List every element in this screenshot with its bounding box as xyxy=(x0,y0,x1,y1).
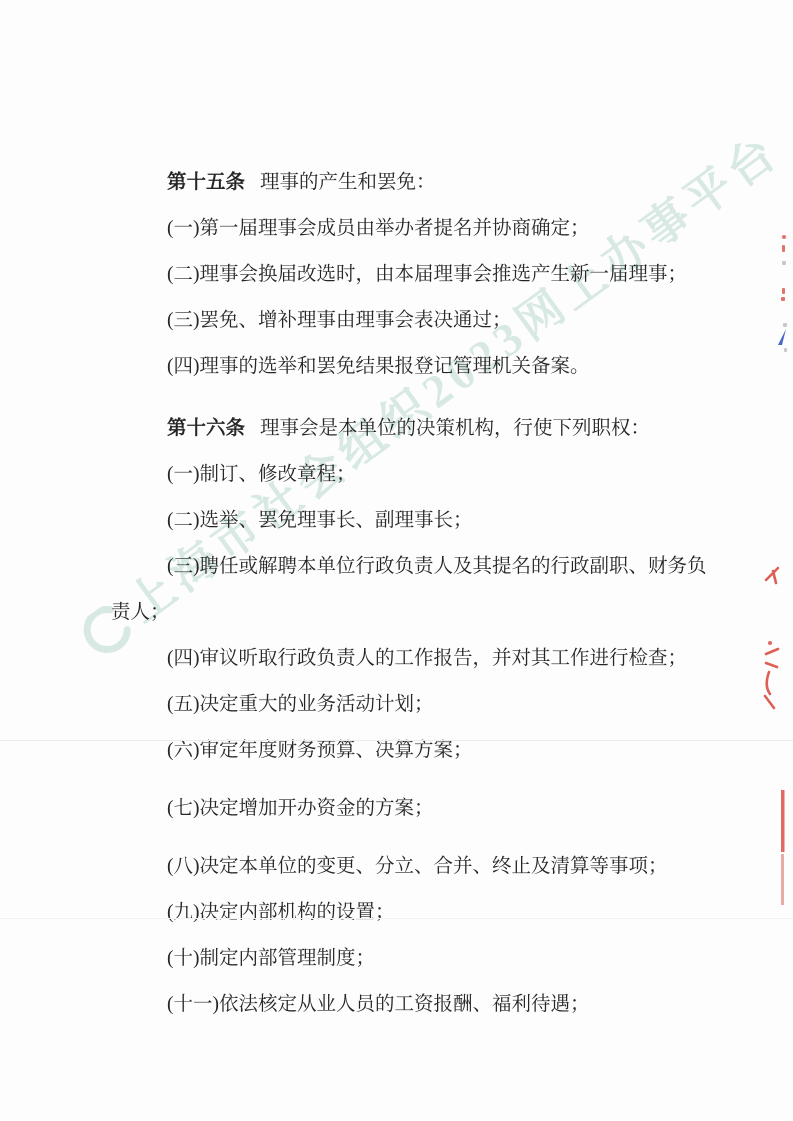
article-15-clause-4: (四)理事的选举和罢免结果报登记管理机关备案。 xyxy=(111,344,711,390)
article-16-clause-2: (二)选举、罢免理事长、副理事长； xyxy=(111,498,711,544)
scan-artifact-line xyxy=(0,740,793,741)
article-16-clause-11: (十一)依法核定从业人员的工资报酬、福利待遇； xyxy=(111,982,711,1028)
article-16-clause-6: (六)审定年度财务预算、决算方案； xyxy=(111,728,711,774)
article-16-clause-3: (三)聘任或解聘本单位行政负责人及其提名的行政副职、财务负责人； xyxy=(111,544,711,636)
article-16-clause-1: (一)制订、修改章程； xyxy=(111,452,711,498)
article-15-clause-2: (二)理事会换届改选时，由本届理事会推选产生新一届理事； xyxy=(111,252,711,298)
article-16-clause-4: (四)审议听取行政负责人的工作报告，并对其工作进行检查； xyxy=(111,636,711,682)
article-text-block: 第十五条理事的产生和罢免： (一)第一届理事会成员由举办者提名并协商确定； (二… xyxy=(111,160,711,1028)
red-edge-line xyxy=(781,790,785,905)
article-16-number: 第十六条 xyxy=(167,418,245,439)
scan-artifact-line xyxy=(0,918,793,919)
article-16-clause-10: (十)制定内部管理制度； xyxy=(111,936,711,982)
red-pen-mark xyxy=(781,235,786,301)
article-15-title: 理事的产生和罢免： xyxy=(260,172,436,193)
article-16-heading: 第十六条理事会是本单位的决策机构，行使下列职权： xyxy=(111,406,711,452)
blue-pen-mark xyxy=(778,329,786,345)
red-pen-dot xyxy=(768,641,772,645)
article-16-clause-8: (八)决定本单位的变更、分立、合并、终止及清算等事项； xyxy=(111,844,711,890)
article-15-clause-1: (一)第一届理事会成员由举办者提名并协商确定； xyxy=(111,206,711,252)
article-15-number: 第十五条 xyxy=(167,172,245,193)
red-seal-fragment xyxy=(765,568,778,708)
article-16-clause-9: (九)决定内部机构的设置； xyxy=(111,890,711,936)
edge-marks xyxy=(748,198,793,938)
article-16-clause-5: (五)决定重大的业务活动计划； xyxy=(111,682,711,728)
article-15-clause-3: (三)罢免、增补理事由理事会表决通过； xyxy=(111,298,711,344)
document-page: 上海市社会组织2023网上办事平台 第十五条理事的产生和罢免： (一)第一届理事… xyxy=(0,0,793,1121)
article-16-clause-7: (七)决定增加开办资金的方案； xyxy=(111,786,711,832)
article-15-heading: 第十五条理事的产生和罢免： xyxy=(111,160,711,206)
article-16-title: 理事会是本单位的决策机构，行使下列职权： xyxy=(260,418,650,439)
